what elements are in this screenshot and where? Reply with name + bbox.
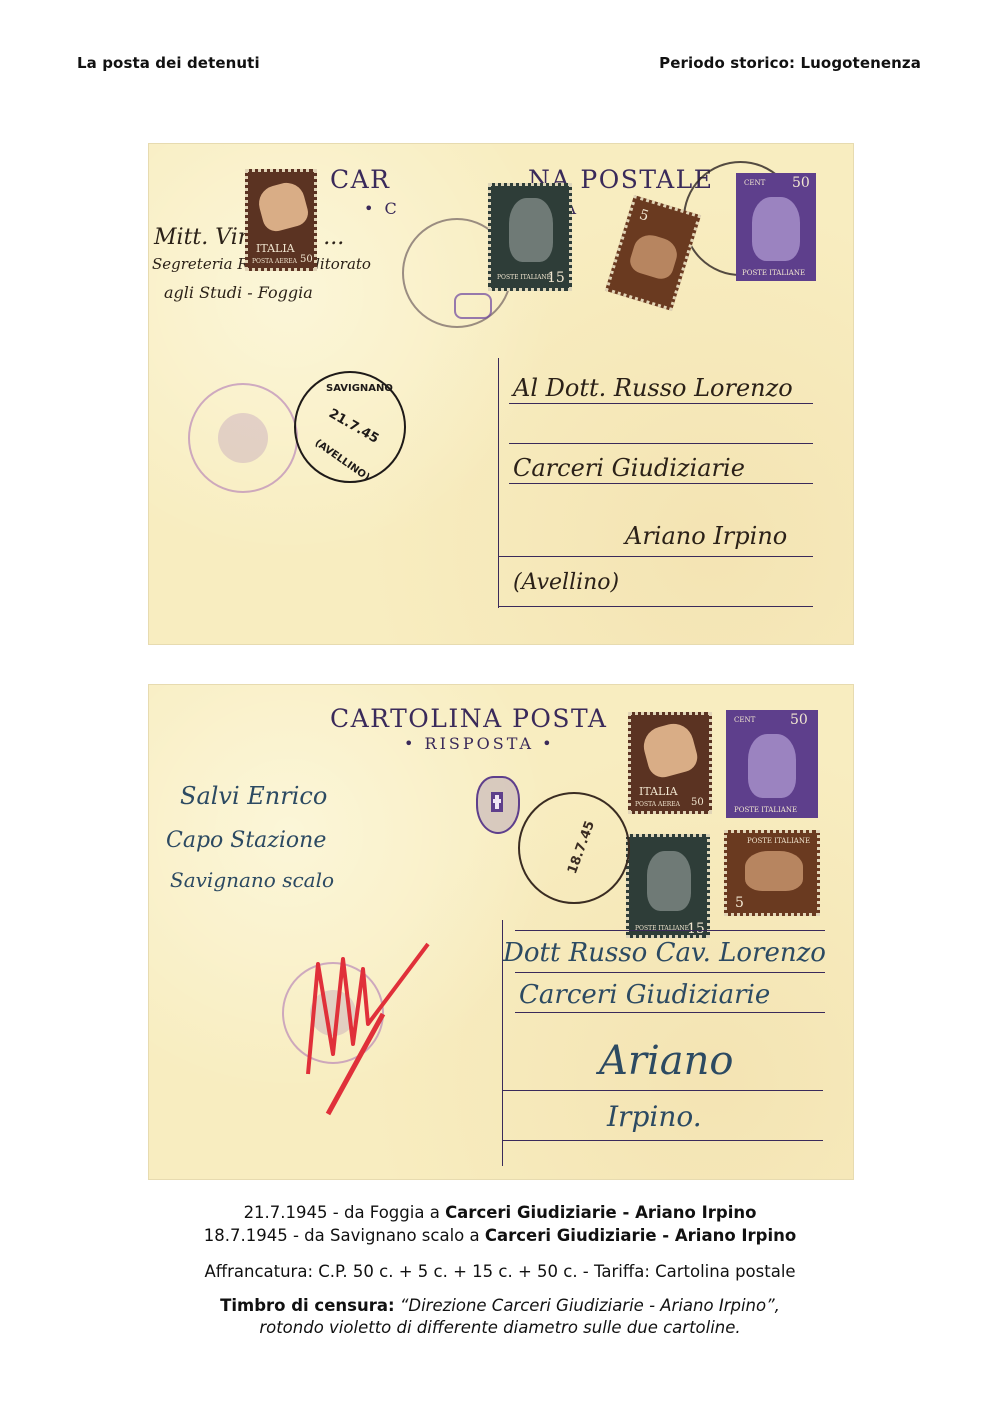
sender-line-3: agli Studi - Foggia <box>164 283 313 302</box>
stamp-lupa-5: POSTE ITALIANE 5 <box>724 830 820 916</box>
address-line-2: Carceri Giudiziarie <box>513 454 745 482</box>
stamp-airmail-pegasus: ITALIA POSTA AEREA 50 <box>245 169 317 271</box>
sender-line-3: Savignano scalo <box>170 868 334 892</box>
caption-card-2: 18.7.1945 - da Savignano scalo a Carceri… <box>0 1226 1000 1245</box>
sender-line-2: Capo Stazione <box>166 828 326 853</box>
stamp-airmail-pegasus: ITALIA POSTA AEREA 50 <box>628 712 712 814</box>
censor-stamp <box>188 383 298 493</box>
red-censor-mark <box>288 924 438 1124</box>
card-title-left: CAR <box>330 165 391 194</box>
header-period: Periodo storico: Luogotenenza <box>659 54 921 72</box>
address-line-3: Ariano <box>599 1038 734 1084</box>
card-subtitle-left: • C <box>364 199 400 218</box>
stamp-indicia-vittorio-emanuele-50: CENT 50 POSTE ITALIANE <box>736 173 816 281</box>
stamp-italia-turrita-15: POSTE ITALIANE 15 <box>488 183 572 291</box>
coat-of-arms-icon <box>476 776 520 834</box>
card-title: CARTOLINA POSTA <box>330 704 607 733</box>
address-line-1: Dott Russo Cav. Lorenzo <box>503 938 826 968</box>
sender-line-1: Salvi Enrico <box>180 782 327 810</box>
stamp-indicia-vittorio-emanuele-50: CENT 50 POSTE ITALIANE <box>726 710 818 818</box>
postmark-savignano: 18.7.45 <box>518 792 630 904</box>
caption-censorship: Timbro di censura: “Direzione Carceri Gi… <box>0 1296 1000 1315</box>
address-line-4: (Avellino) <box>513 570 619 595</box>
card-subtitle: • RISPOSTA • <box>404 734 555 753</box>
postmark-savignano: SAVIGNANO 21.7.45 (AVELLINO) <box>294 371 406 483</box>
caption-censorship-detail: rotondo violetto di differente diametro … <box>0 1318 1000 1337</box>
address-area: Al Dott. Russo Lorenzo Carceri Giudiziar… <box>498 358 829 608</box>
header-title: La posta dei detenuti <box>77 54 260 72</box>
postcard-1: CAR NA POSTALE • C ATA Mitt. Vincenzo ..… <box>148 143 854 645</box>
address-area: Dott Russo Cav. Lorenzo Carceri Giudizia… <box>502 920 829 1166</box>
caption-card-1: 21.7.1945 - da Foggia a Carceri Giudizia… <box>0 1203 1000 1222</box>
address-line-1: Al Dott. Russo Lorenzo <box>513 374 793 402</box>
address-line-2: Carceri Giudiziarie <box>519 980 770 1010</box>
stamp-lupa-5: POSTE ITALIANE 5 <box>605 195 701 311</box>
caption-postage: Affrancatura: C.P. 50 c. + 5 c. + 15 c. … <box>0 1262 1000 1281</box>
censor-seal-small <box>454 293 492 319</box>
address-line-4: Irpino. <box>607 1100 702 1133</box>
postcard-2: CARTOLINA POSTA • RISPOSTA • Salvi Enric… <box>148 684 854 1180</box>
address-line-3: Ariano Irpino <box>625 522 787 550</box>
